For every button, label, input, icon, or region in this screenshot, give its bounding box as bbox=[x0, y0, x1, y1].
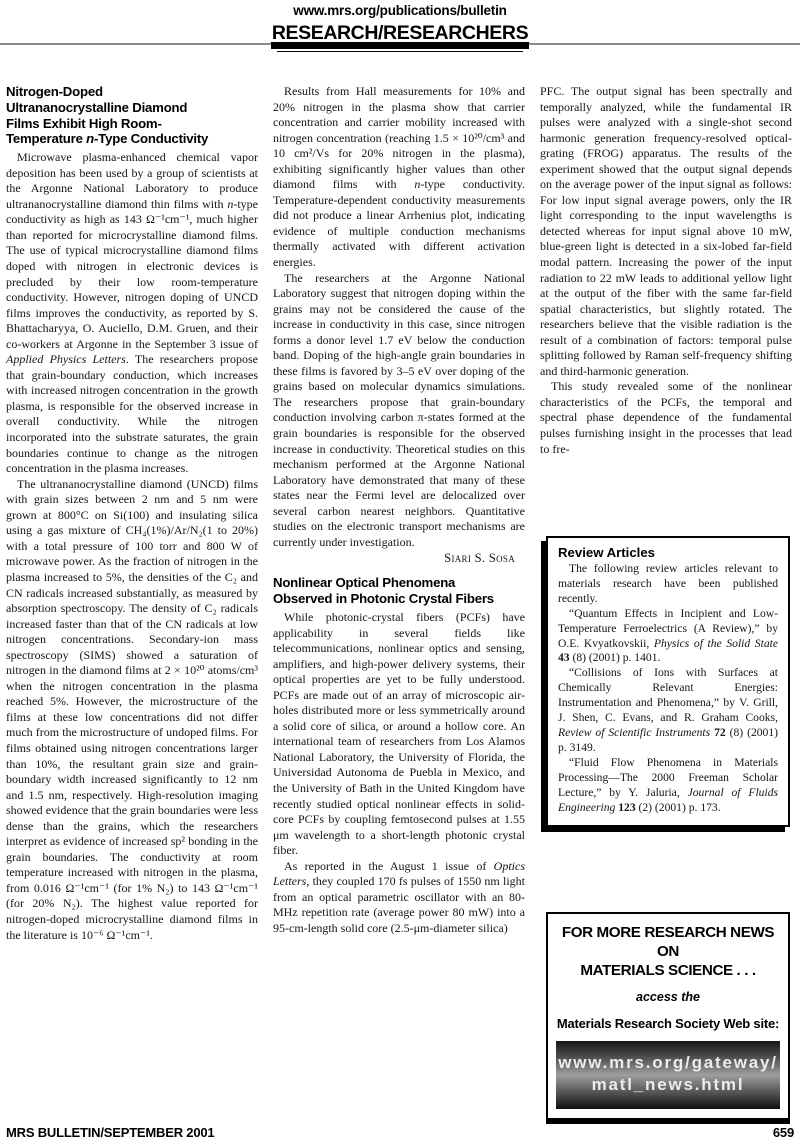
gateway-url-line2: matl_news.html bbox=[558, 1074, 778, 1096]
masthead-url: www.mrs.org/publications/bulletin bbox=[0, 0, 800, 18]
paragraph: “Fluid Flow Phenomena in Materials Proce… bbox=[558, 756, 778, 816]
gateway-url-link[interactable]: www.mrs.org/gateway/ matl_news.html bbox=[556, 1041, 780, 1109]
article-2-body-col2: While photonic-crystal fibers (PCFs) hav… bbox=[273, 610, 525, 936]
content-columns: Nitrogen-DopedUltrananocrystalline Diamo… bbox=[6, 84, 795, 1098]
research-news-ad-box: FOR MORE RESEARCH NEWS ON MATERIALS SCIE… bbox=[546, 912, 790, 1124]
ad-access-the-text: access the bbox=[553, 990, 783, 1004]
paragraph: Results from Hall measurements for 10% a… bbox=[273, 84, 525, 271]
ad-headline-line2: MATERIALS SCIENCE . . . bbox=[553, 961, 783, 980]
heading-line: Temperature n-Type Conductivity bbox=[6, 131, 258, 147]
paragraph: The researchers at the Argonne National … bbox=[273, 271, 525, 551]
paragraph: The ultrananocrystalline diamond (UNCD) … bbox=[6, 477, 258, 943]
magazine-page: www.mrs.org/publications/bulletin RESEAR… bbox=[0, 0, 800, 1146]
byline-author: Siari S. Sosa bbox=[273, 551, 525, 566]
column-1: Nitrogen-DopedUltrananocrystalline Diamo… bbox=[6, 84, 258, 1098]
heading-line: Observed in Photonic Crystal Fibers bbox=[273, 591, 525, 607]
header-rule-thick-bar bbox=[271, 42, 529, 49]
paragraph: As reported in the August 1 issue of Opt… bbox=[273, 859, 525, 937]
footer-journal-date: MRS BULLETIN/SEPTEMBER 2001 bbox=[6, 1125, 214, 1140]
article-1-body-col1: Microwave plasma-enhanced chemical vapor… bbox=[6, 150, 258, 943]
article-2-body-col3: PFC. The output signal has been spectral… bbox=[540, 84, 792, 457]
article-title-nitrogen-doped-diamond: Nitrogen-DopedUltrananocrystalline Diamo… bbox=[6, 84, 258, 147]
page-header: www.mrs.org/publications/bulletin RESEAR… bbox=[0, 0, 800, 45]
footer-page-number: 659 bbox=[773, 1125, 794, 1140]
paragraph: “Collisions of Ions with Surfaces at Che… bbox=[558, 666, 778, 755]
paragraph: While photonic-crystal fibers (PCFs) hav… bbox=[273, 610, 525, 859]
heading-line: Ultrananocrystalline Diamond bbox=[6, 100, 258, 116]
paragraph: The following review articles relevant t… bbox=[558, 562, 778, 607]
ad-website-label: Materials Research Society Web site: bbox=[553, 1016, 783, 1031]
heading-line: Nitrogen-Doped bbox=[6, 84, 258, 100]
review-articles-body: The following review articles relevant t… bbox=[558, 562, 778, 815]
gateway-url-line1: www.mrs.org/gateway/ bbox=[558, 1052, 778, 1074]
paragraph: This study revealed some of the nonlinea… bbox=[540, 379, 792, 457]
header-rule bbox=[0, 42, 800, 54]
ad-headline-line1: FOR MORE RESEARCH NEWS ON bbox=[553, 923, 783, 961]
paragraph: Microwave plasma-enhanced chemical vapor… bbox=[6, 150, 258, 476]
column-3: PFC. The output signal has been spectral… bbox=[540, 84, 792, 1098]
review-articles-box: Review Articles The following review art… bbox=[546, 536, 790, 827]
heading-line: Nonlinear Optical Phenomena bbox=[273, 575, 525, 591]
article-title-nonlinear-optical: Nonlinear Optical PhenomenaObserved in P… bbox=[273, 575, 525, 607]
column-2: Results from Hall measurements for 10% a… bbox=[273, 84, 525, 1098]
paragraph: PFC. The output signal has been spectral… bbox=[540, 84, 792, 379]
article-1-body-col2: Results from Hall measurements for 10% a… bbox=[273, 84, 525, 550]
header-rule-thin-center bbox=[277, 51, 523, 53]
review-articles-title: Review Articles bbox=[558, 545, 778, 560]
paragraph: “Quantum Effects in Incipient and Low-Te… bbox=[558, 607, 778, 667]
heading-line: Films Exhibit High Room- bbox=[6, 116, 258, 132]
